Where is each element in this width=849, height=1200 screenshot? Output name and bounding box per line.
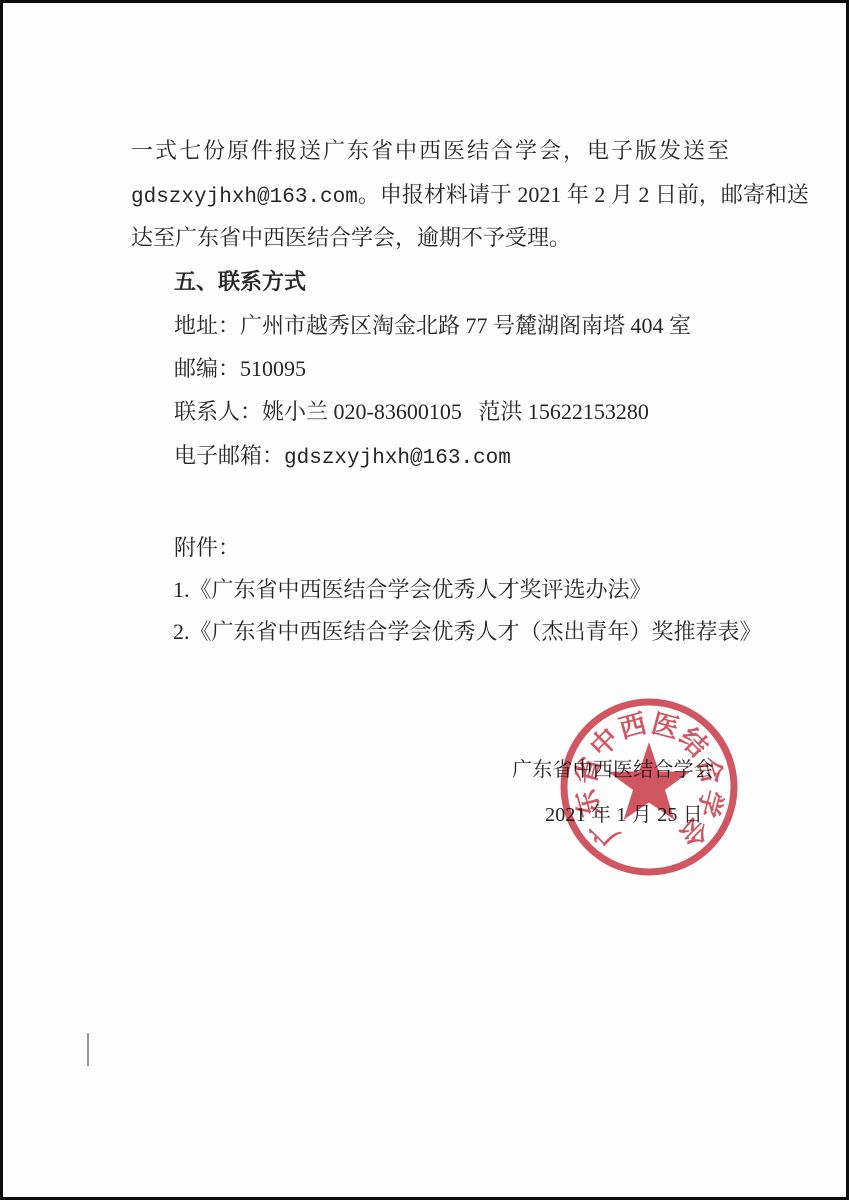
contact-email-value: gdszxyjhxh@163.com <box>284 447 511 470</box>
paragraph-line-2-rest: 。申报材料请于 2021 年 2 月 2 日前，邮寄和送 <box>358 182 809 207</box>
scan-artifact-line <box>87 1033 89 1066</box>
contact-address-line: 地址：广州市越秀区淘金北路 77 号麓湖阁南塔 404 室 <box>174 311 691 341</box>
section-heading-contact: 五、联系方式 <box>174 267 306 297</box>
attachment-item-2: 2.《广东省中西医结合学会优秀人才（杰出青年）奖推荐表》 <box>173 617 762 647</box>
email-inline-text: gdszxyjhxh@163.com <box>131 186 358 209</box>
contact-email-line: 电子邮箱：gdszxyjhxh@163.com <box>174 441 511 474</box>
attachments-label: 附件： <box>174 533 240 563</box>
seal-ring-char: 西 <box>616 708 650 744</box>
contact-zip-line: 邮编：510095 <box>174 354 306 384</box>
seal-star-icon <box>608 742 690 820</box>
attachment-item-1: 1.《广东省中西医结合学会优秀人才奖评选办法》 <box>173 575 652 605</box>
organization-seal: 广东省中西医结合学会 <box>539 677 759 897</box>
paragraph-line-1: 一式七份原件报送广东省中西医结合学会，电子版发送至 <box>131 136 731 166</box>
contact-email-label: 电子邮箱： <box>174 443 284 468</box>
seal-ring-char: 合 <box>692 754 729 788</box>
contact-person-line: 联系人：姚小兰 020-83600105 范洪 15622153280 <box>174 397 649 427</box>
paragraph-line-3: 达至广东省中西医结合学会，逾期不予受理。 <box>131 223 571 253</box>
seal-ring-char: 东 <box>570 786 606 820</box>
paragraph-line-2: gdszxyjhxh@163.com。申报材料请于 2021 年 2 月 2 日… <box>131 180 809 213</box>
scanned-document-page: 一式七份原件报送广东省中西医结合学会，电子版发送至 gdszxyjhxh@163… <box>0 0 849 1200</box>
